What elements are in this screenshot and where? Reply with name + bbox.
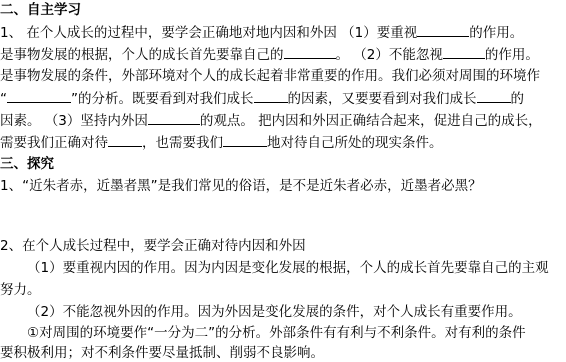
text: “	[0, 91, 7, 107]
blank-field[interactable]	[108, 132, 142, 147]
blank-field[interactable]	[7, 88, 71, 103]
section-heading-self-study: 二、自主学习	[0, 0, 81, 20]
answer-1-cont: 努力。	[0, 280, 41, 300]
text: 的作用。	[469, 25, 523, 41]
paragraph-line-6: 需要我们正确对待，也需要我们地对待自己所处的现实条件。	[0, 132, 443, 152]
text: ，也需要我们	[142, 135, 223, 151]
blank-field[interactable]	[417, 22, 469, 37]
text: 的因素，又要要看到对我们成长	[288, 91, 477, 107]
answer-3-cont: 要积极利用；对不利条件要尽量抵制、削弱不良影响。	[0, 343, 324, 362]
text: 是事物发展的根据，个人的成长首先要靠自己的	[0, 47, 284, 63]
answer-2: （2）不能忽视外因的作用。因为外因是变化发展的条件，对个人成长有重要作用。	[0, 302, 522, 322]
text: 地对待自己所处的现实条件。	[267, 135, 443, 151]
paragraph-line-3: 是事物发展的条件，外部环境对个人的成长起着非常重要的作用。我们必须对周围的环境作	[0, 66, 540, 86]
question-2: 2、在个人成长过程中，要学会正确对待内因和外因	[0, 236, 306, 256]
blank-field[interactable]	[284, 44, 336, 59]
blank-field[interactable]	[477, 88, 511, 103]
text: 需要我们正确对待	[0, 135, 108, 151]
blank-field[interactable]	[443, 44, 485, 59]
section-heading-explore: 三、探究	[0, 154, 54, 174]
answer-1: （1）要重视内因的作用。因为内因是变化发展的根据，个人的成长首先要靠自己的主观	[0, 258, 549, 278]
answer-3: ①对周围的环境要作“一分为二”的分析。外部条件有有利与不利条件。对有利的条件	[0, 323, 526, 343]
paragraph-line-1: 1、 在个人成长的过程中，要学会正确地对地内因和外因 （1）要重视的作用。	[0, 22, 523, 42]
blank-field[interactable]	[148, 110, 200, 125]
blank-field[interactable]	[223, 132, 267, 147]
text: 1、 在个人成长的过程中，要学会正确地对地内因和外因 （1）要重视	[0, 25, 417, 41]
text: 因素。 （3）坚持内外因	[0, 113, 148, 129]
text: ”的分析。既要看到对我们成长	[71, 91, 254, 107]
paragraph-line-5: 因素。 （3）坚持内外因的观点。 把内因和外因正确结合起来，促进自己的成长，	[0, 110, 542, 130]
question-1: 1、“近朱者赤，近墨者黑”是我们常见的俗语，是不是近朱者必赤，近墨者必黑？	[0, 176, 482, 196]
text: 的作用。	[485, 47, 539, 63]
text: 的	[511, 91, 525, 107]
paragraph-line-2: 是事物发展的根据，个人的成长首先要靠自己的。 （2）不能忽视的作用。	[0, 44, 539, 64]
text: 。 （2）不能忽视	[336, 47, 443, 63]
paragraph-line-4: “”的分析。既要看到对我们成长的因素，又要要看到对我们成长的	[0, 88, 524, 108]
blank-field[interactable]	[254, 88, 288, 103]
text: 的观点。 把内因和外因正确结合起来，促进自己的成长，	[200, 113, 542, 129]
